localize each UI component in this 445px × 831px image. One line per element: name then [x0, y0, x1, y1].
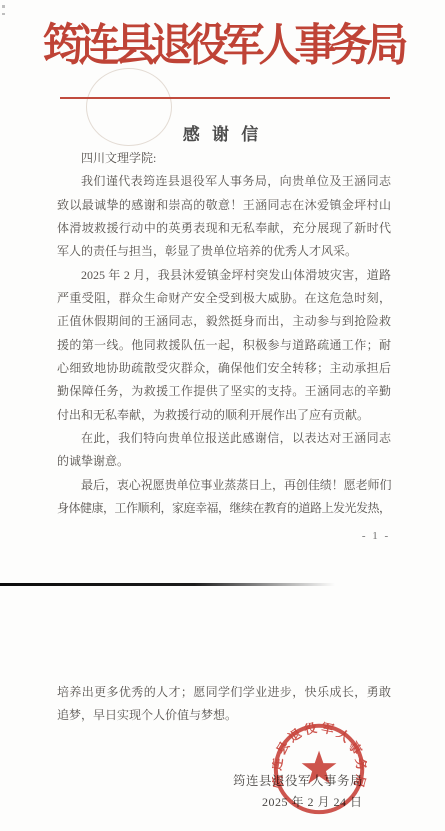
scan-speck: [2, 5, 5, 8]
paragraph: 最后，衷心祝愿贵单位事业蒸蒸日上，再创佳绩！愿老师们身体健康，工作顺利，家庭幸福…: [57, 474, 391, 521]
paragraph: 在此，我们特向贵单位报送此感谢信，以表达对王涵同志的诚挚谢意。: [57, 427, 391, 474]
seal-star-icon: [302, 751, 337, 784]
paragraph: 2025 年 2 月，我县沐爱镇金坪村突发山体滑坡灾害，道路严重受阻，群众生命财…: [57, 264, 391, 427]
salutation: 四川文理学院:: [57, 147, 391, 170]
letter-title: 感 谢 信: [0, 120, 445, 145]
letterhead-agency-title: 筠连县退役军人事务局: [0, 10, 445, 74]
scanned-letter: 筠连县退役军人事务局 感 谢 信 四川文理学院: 我们谨代表筠连县退役军人事务局…: [0, 0, 445, 831]
letterhead-divider-rule: [60, 97, 390, 99]
official-seal: 筠连县退役军人事务局: [272, 717, 368, 817]
letter-body-page1: 四川文理学院: 我们谨代表筠连县退役军人事务局，向贵单位及王涵同志致以最诚挚的感…: [57, 147, 391, 521]
page-number: - 1 -: [346, 530, 406, 542]
letter-page-1: 筠连县退役军人事务局 感 谢 信 四川文理学院: 我们谨代表筠连县退役军人事务局…: [0, 0, 445, 584]
paragraph: 我们谨代表筠连县退役军人事务局，向贵单位及王涵同志致以最诚挚的感谢和崇高的敬意！…: [57, 170, 391, 263]
